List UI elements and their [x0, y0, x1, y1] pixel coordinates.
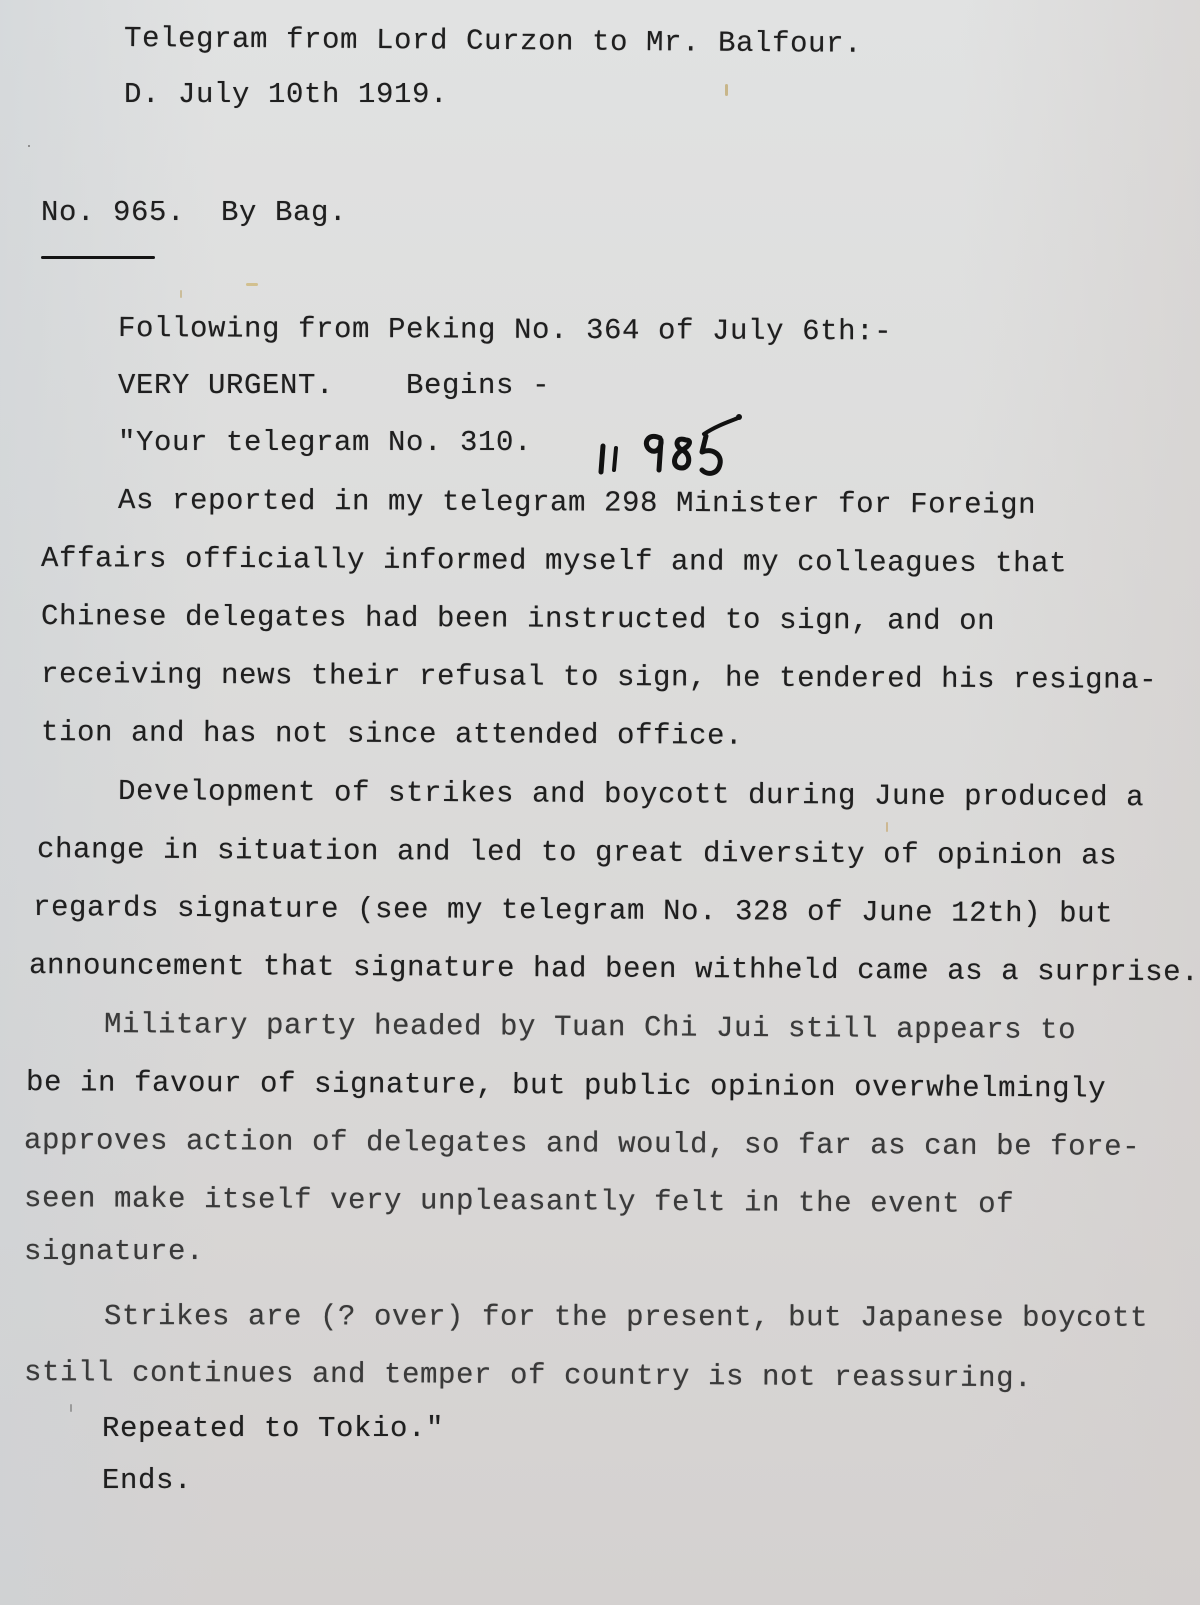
body-line: tion and has not since attended office.: [41, 718, 743, 751]
body-line: Affairs officially informed myself and m…: [41, 544, 1067, 578]
reference-underline: [41, 256, 155, 259]
body-line: Strikes are (? over) for the present, bu…: [104, 1302, 1148, 1333]
intro-line-following-from-peking: Following from Peking No. 364 of July 6t…: [118, 314, 892, 346]
telegram-reference-number: No. 965. By Bag.: [41, 198, 347, 227]
paper-speck: [180, 290, 182, 298]
body-line: Development of strikes and boycott durin…: [118, 777, 1144, 812]
body-line: Military party headed by Tuan Chi Jui st…: [104, 1010, 1076, 1045]
body-line: seen make itself very unpleasantly felt …: [24, 1184, 1014, 1219]
paper-speck: [28, 145, 30, 147]
body-line: announcement that signature had been wit…: [29, 951, 1199, 987]
body-line: be in favour of signature, but public op…: [26, 1068, 1106, 1104]
telegram-title: Telegram from Lord Curzon to Mr. Balfour…: [124, 24, 862, 59]
body-line: regards signature (see my telegram No. 3…: [33, 893, 1113, 929]
body-line: signature.: [24, 1237, 204, 1266]
typewritten-telegram-page: Telegram from Lord Curzon to Mr. Balfour…: [0, 0, 1200, 1605]
paper-speck: [886, 822, 888, 832]
paper-speck: [246, 283, 258, 286]
telegram-date: D. July 10th 1919.: [124, 80, 448, 109]
body-line: still continues and temper of country is…: [24, 1358, 1032, 1393]
body-line: Chinese delegates had been instructed to…: [41, 602, 995, 636]
body-line: receiving news their refusal to sign, he…: [41, 660, 1157, 695]
paper-speck: [70, 1404, 72, 1412]
handwritten-annotation-985: [598, 410, 748, 482]
closing-ends: Ends.: [102, 1466, 192, 1495]
intro-line-very-urgent: VERY URGENT. Begins -: [118, 371, 550, 400]
body-line: approves action of delegates and would, …: [24, 1126, 1140, 1162]
intro-line-your-telegram: "Your telegram No. 310.: [118, 428, 532, 457]
body-line: As reported in my telegram 298 Minister …: [118, 486, 1036, 520]
paper-speck: [725, 84, 728, 96]
closing-repeated-to-tokio: Repeated to Tokio.": [102, 1414, 444, 1443]
body-line: change in situation and led to great div…: [37, 835, 1117, 871]
